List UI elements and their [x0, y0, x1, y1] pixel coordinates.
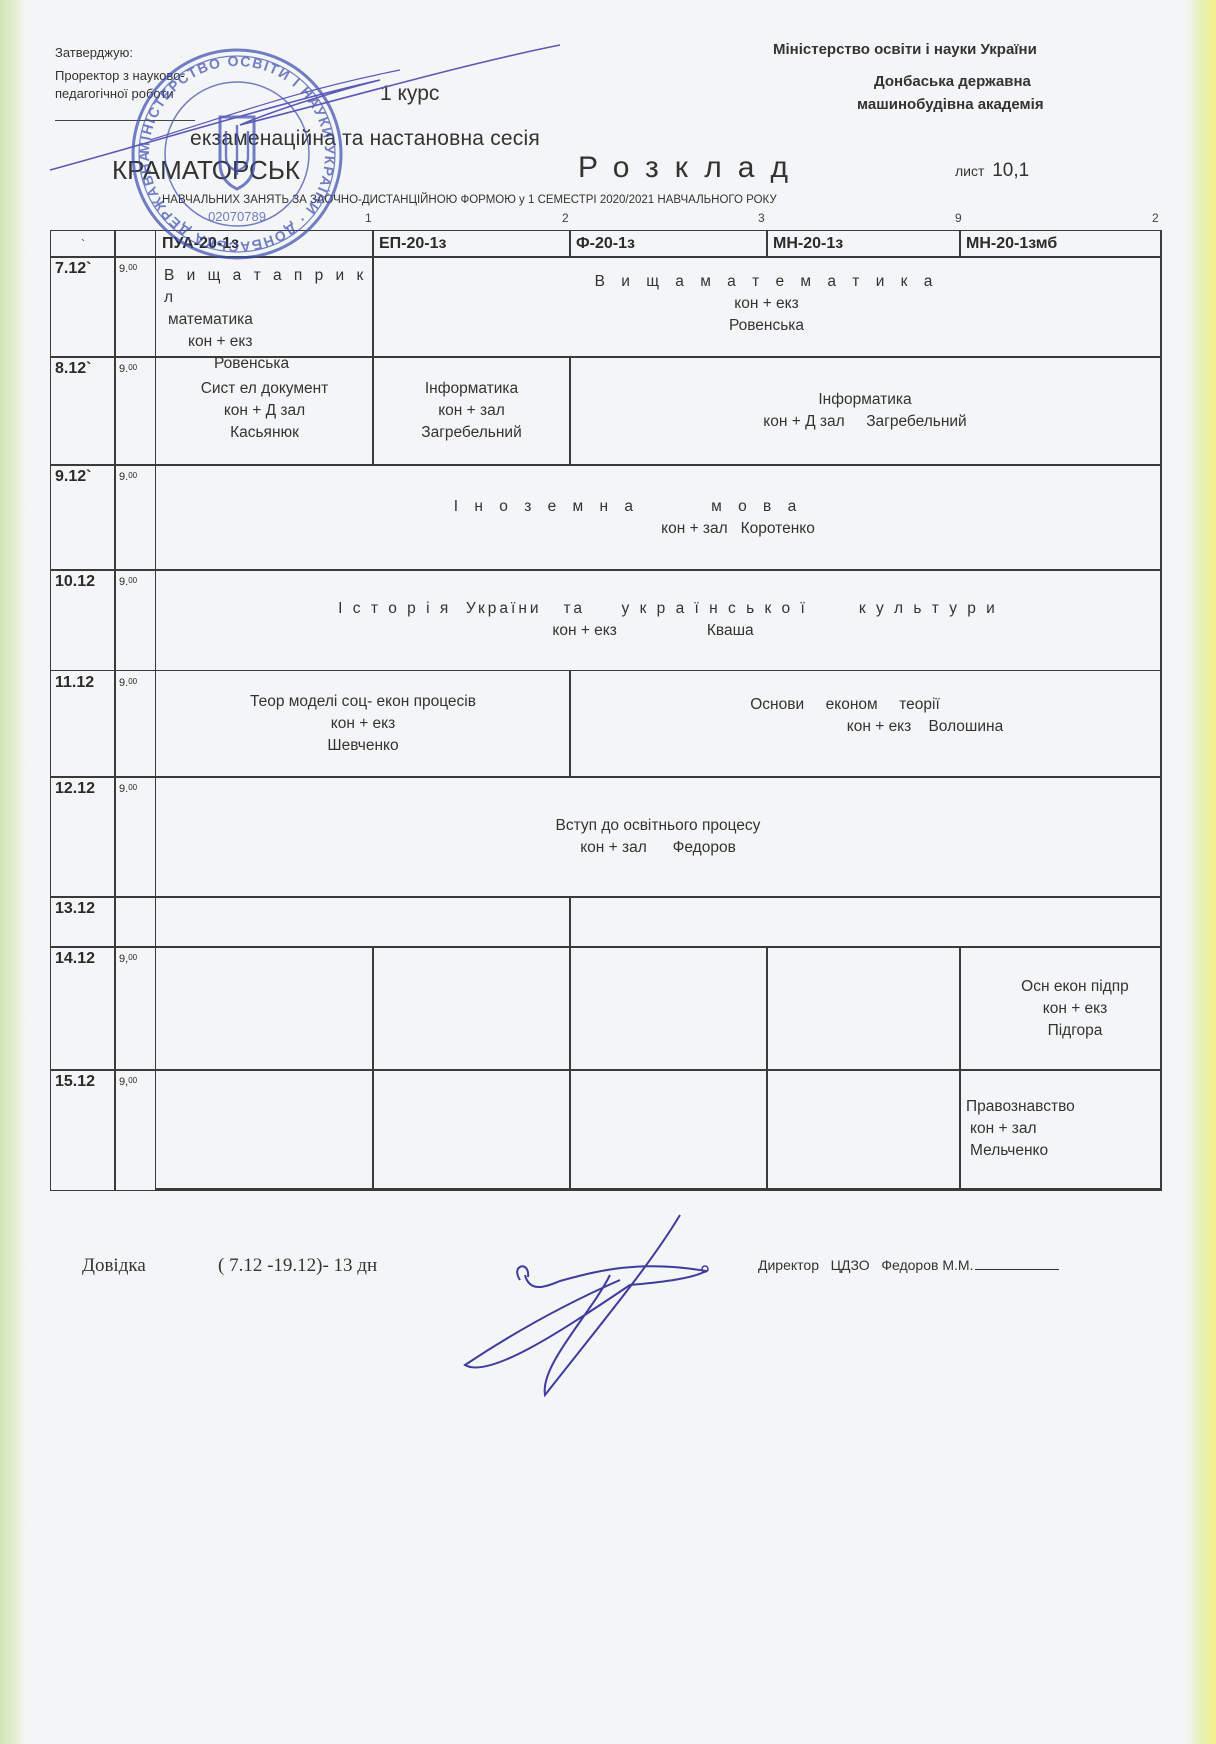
academy-name-line2: машинобудівна академія: [857, 96, 1044, 113]
approval-position-line2: педагогічної роботи: [55, 86, 174, 101]
lesson-subject: Вступ до освітнього процесу: [556, 815, 761, 837]
row-date: 7.12`: [50, 256, 116, 358]
lesson-cell-merged[interactable]: І с т о р і я України та у к р а ї н с ь…: [155, 569, 1162, 671]
document-subtitle: НАВЧАЛЬНИХ ЗАНЯТЬ ЗА ЗАОЧНО-ДИСТАНЦІЙНОЮ…: [162, 194, 777, 206]
lesson-cell-merged[interactable]: Інформатика кон + Д зал Загребельний: [569, 356, 1162, 466]
empty-cell[interactable]: [766, 946, 961, 1071]
row-date: 8.12`: [50, 356, 116, 466]
lesson-type-teacher: кон + зал Коротенко: [661, 518, 815, 540]
lesson-subject: І н о з е м н а м о в а: [454, 496, 802, 518]
approval-position-line1: Проректор з науково-: [55, 68, 185, 83]
sheet-number: лист 10,1: [955, 160, 1029, 182]
group-header-f: Ф-20-1з: [569, 230, 768, 258]
row-date: 12.12: [50, 776, 116, 898]
lesson-teacher: Загребельний: [421, 422, 522, 444]
time-hour: 9.: [119, 783, 128, 795]
row-date: 15.12: [50, 1069, 116, 1191]
time-minutes: 00: [128, 471, 137, 480]
time-minutes: 00: [128, 677, 137, 686]
header-time-cell: [114, 230, 156, 258]
lesson-type-teacher: кон + Д зал Загребельний: [763, 411, 966, 433]
time-minutes: 00: [128, 363, 137, 372]
lesson-subject: Теор моделі соц- екон процесів: [250, 691, 476, 713]
empty-cell[interactable]: [569, 946, 768, 1071]
lesson-type: кон + екз: [734, 293, 798, 315]
row-date: 13.12: [50, 896, 116, 948]
time-minutes: 00: [128, 783, 137, 792]
director-signature-block: Директор ЦДЗО Федоров М.М.: [758, 1257, 1059, 1273]
lesson-cell[interactable]: Правознавство кон + зал Мельченко: [959, 1069, 1162, 1191]
time-hour: 9.: [119, 363, 128, 375]
row-date: 14.12: [50, 946, 116, 1071]
group-count: 3: [758, 211, 765, 225]
lesson-subject: В и щ а т а п р и к л: [164, 265, 373, 309]
lesson-type: кон + екз: [164, 331, 252, 353]
row-time: 9.00: [114, 256, 156, 358]
lesson-type-teacher: кон + зал Федоров: [580, 837, 736, 859]
empty-cell[interactable]: [372, 1069, 571, 1191]
empty-cell[interactable]: [569, 896, 1162, 948]
time-hour: 9.: [119, 263, 128, 275]
time-hour: 9,: [119, 1076, 128, 1088]
lesson-type-teacher: кон + екз Волошина: [847, 716, 1003, 738]
lesson-subject: Правознавство: [966, 1096, 1075, 1118]
academy-name-line1: Донбаська державна: [874, 73, 1031, 90]
time-minutes: 00: [128, 263, 137, 272]
lesson-subject: І с т о р і я України та у к р а ї н с ь…: [338, 598, 998, 620]
lesson-cell-merged[interactable]: Теор моделі соц- екон процесів кон + екз…: [155, 670, 571, 778]
lesson-type: кон + екз: [552, 622, 616, 639]
lesson-cell[interactable]: Інформатика кон + зал Загребельний: [372, 356, 571, 466]
row-date: 10.12: [50, 569, 116, 671]
lesson-cell[interactable]: Сист ел документ кон + Д зал Касьянюк: [155, 356, 374, 466]
time-hour: 9,: [119, 953, 128, 965]
header-date-cell: `: [50, 230, 116, 258]
row-time: [114, 896, 156, 948]
group-count: 9: [955, 211, 962, 225]
group-header-pua: ПУА-20-1з: [155, 230, 374, 258]
row-time: 9.00: [114, 569, 156, 671]
empty-cell[interactable]: [155, 896, 571, 948]
empty-cell[interactable]: [766, 1069, 961, 1191]
signature-director-icon: [450, 1205, 720, 1405]
row-date: 9.12`: [50, 464, 116, 571]
lesson-cell-merged[interactable]: Основи економ теорії кон + екз Волошина: [569, 670, 1162, 778]
group-header-ep: ЕП-20-1з: [372, 230, 571, 258]
lesson-type: кон + Д зал: [224, 400, 305, 422]
row-time: 9,00: [114, 946, 156, 1071]
row-time: 9.00: [114, 356, 156, 466]
lesson-teacher: Шевченко: [327, 735, 398, 757]
time-minutes: 00: [128, 953, 137, 962]
empty-cell[interactable]: [569, 1069, 768, 1191]
lesson-cell-merged[interactable]: І н о з е м н а м о в а кон + зал Короте…: [155, 464, 1162, 571]
sheet-value: 10,1: [992, 160, 1029, 181]
group-count: 1: [365, 211, 372, 225]
lesson-subject: В и щ а м а т е м а т и к а: [595, 271, 939, 293]
time-hour: 9.: [119, 677, 128, 689]
lesson-type-teacher: кон + екзКваша: [552, 620, 753, 642]
lesson-teacher: Мельченко: [966, 1140, 1048, 1162]
lesson-type: кон + екз: [1043, 998, 1107, 1020]
scan-edge-right: [1186, 0, 1216, 1744]
lesson-subject-cont: математика: [164, 309, 253, 331]
session-range: ( 7.12 -19.12)- 13 дн: [218, 1255, 377, 1277]
lesson-teacher: Ровенська: [729, 315, 804, 337]
reference-label: Довідка: [82, 1255, 146, 1277]
group-header-mnzmb: МН-20-1змб: [959, 230, 1162, 258]
lesson-cell-merged[interactable]: В и щ а м а т е м а т и к а кон + екз Ро…: [372, 256, 1162, 358]
empty-cell[interactable]: [155, 1069, 374, 1191]
lesson-cell-merged[interactable]: Вступ до освітнього процесу кон + зал Фе…: [155, 776, 1162, 898]
lesson-subject: Інформатика: [425, 378, 518, 400]
row-time: 9,00: [114, 1069, 156, 1191]
lesson-subject: Сист ел документ: [201, 378, 329, 400]
lesson-cell[interactable]: В и щ а т а п р и к л математика кон + е…: [155, 256, 374, 358]
row-time: 9.00: [114, 670, 156, 778]
director-name: Директор ЦДЗО Федоров М.М.: [758, 1257, 973, 1273]
row-time: 9.00: [114, 776, 156, 898]
lesson-teacher: Касьянюк: [230, 422, 299, 444]
lesson-type: кон + екз: [331, 713, 395, 735]
lesson-subject: Осн екон підпр: [1021, 976, 1129, 998]
lesson-cell[interactable]: Осн екон підпр кон + екз Підгора: [959, 946, 1162, 1071]
row-date: 11.12: [50, 670, 116, 778]
empty-cell[interactable]: [372, 946, 571, 1071]
time-minutes: 00: [128, 1076, 137, 1085]
time-minutes: 00: [128, 576, 137, 585]
document-title: Розклад: [578, 151, 804, 185]
director-signature-line: [975, 1257, 1059, 1270]
sheet-label: лист: [955, 163, 984, 179]
group-count: 2: [1152, 211, 1159, 225]
lesson-subject: Інформатика: [818, 389, 911, 411]
lesson-teacher: Кваша: [707, 622, 754, 639]
row-time: 9.00: [114, 464, 156, 571]
time-hour: 9.: [119, 576, 128, 588]
lesson-subject: Основи економ теорії: [750, 694, 940, 716]
lesson-type: кон + зал: [438, 400, 505, 422]
course-label: 1 курс: [380, 82, 439, 106]
ministry-name: Міністерство освіти і науки України: [773, 41, 1037, 58]
svg-text:02070789: 02070789: [208, 209, 266, 224]
lesson-teacher: Підгора: [1048, 1020, 1103, 1042]
approval-title: Затверджую:: [55, 45, 133, 60]
scan-edge-left: [0, 0, 26, 1744]
city-name: КРАМАТОРСЬК: [112, 155, 300, 186]
lesson-type: кон + зал: [966, 1118, 1037, 1140]
approval-signature-line: [55, 120, 195, 121]
session-type: екзаменаційна та настановна сесія: [190, 127, 540, 151]
group-count: 2: [562, 211, 569, 225]
empty-cell[interactable]: [155, 946, 374, 1071]
time-hour: 9.: [119, 471, 128, 483]
group-header-mn: МН-20-1з: [766, 230, 961, 258]
